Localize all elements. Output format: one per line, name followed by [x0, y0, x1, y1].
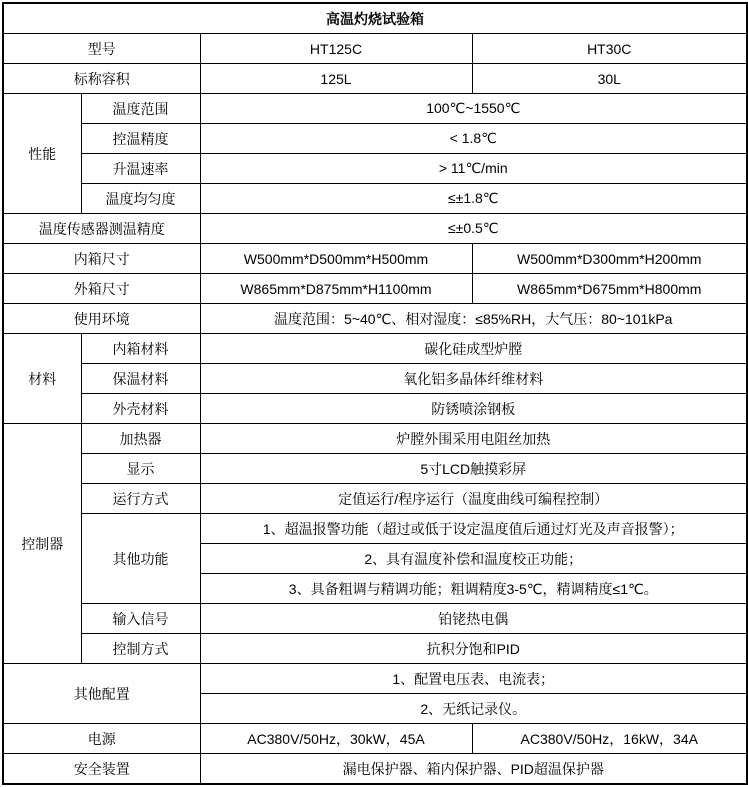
- uniformity-label: 温度均匀度: [81, 184, 200, 214]
- row-other-config-1: 其他配置 1、配置电压表、电流表；: [3, 664, 747, 694]
- inner-size-value-1: W500mm*D500mm*H500mm: [200, 244, 472, 274]
- control-precision-label: 控温精度: [81, 124, 200, 154]
- heating-rate-label: 升温速率: [81, 154, 200, 184]
- performance-group-label: 性能: [3, 94, 81, 214]
- row-input-signal: 输入信号 铂铑热电偶: [3, 604, 747, 634]
- row-shell-material: 外壳材料 防锈喷涂钢板: [3, 394, 747, 424]
- inner-size-value-2: W500mm*D300mm*H200mm: [472, 244, 747, 274]
- capacity-label: 标称容积: [3, 64, 200, 94]
- inner-material-value: 碳化硅成型炉膛: [200, 334, 747, 364]
- row-insulation-material: 保温材料 氧化铝多晶体纤维材料: [3, 364, 747, 394]
- uniformity-value: ≤±1.8℃: [200, 184, 747, 214]
- row-heater: 控制器 加热器 炉膛外围采用电阻丝加热: [3, 424, 747, 454]
- row-display: 显示 5寸LCD触摸彩屏: [3, 454, 747, 484]
- title-row: 高温灼烧试验箱: [3, 3, 747, 34]
- sensor-precision-label: 温度传感器测温精度: [3, 214, 200, 244]
- other-functions-item-3: 3、具备粗调与精调功能；粗调精度3-5℃，精调精度≤1℃。: [200, 574, 747, 604]
- safety-label: 安全装置: [3, 754, 200, 785]
- row-other-functions-1: 其他功能 1、超温报警功能（超过或低于设定温度值后通过灯光及声音报警）；: [3, 514, 747, 544]
- row-heating-rate: 升温速率 > 11℃/min: [3, 154, 747, 184]
- controller-group-label: 控制器: [3, 424, 81, 664]
- power-label: 电源: [3, 724, 200, 754]
- display-value: 5寸LCD触摸彩屏: [200, 454, 747, 484]
- model-value-ht125c: HT125C: [200, 34, 472, 64]
- shell-material-label: 外壳材料: [81, 394, 200, 424]
- row-model: 型号 HT125C HT30C: [3, 34, 747, 64]
- insulation-material-label: 保温材料: [81, 364, 200, 394]
- row-outer-size: 外箱尺寸 W865mm*D875mm*H1100mm W865mm*D675mm…: [3, 274, 747, 304]
- model-value-ht30c: HT30C: [472, 34, 747, 64]
- row-inner-size: 内箱尺寸 W500mm*D500mm*H500mm W500mm*D300mm*…: [3, 244, 747, 274]
- temp-range-value: 100℃~1550℃: [200, 94, 747, 124]
- other-config-label: 其他配置: [3, 664, 200, 724]
- input-signal-label: 输入信号: [81, 604, 200, 634]
- other-functions-item-2: 2、具有温度补偿和温度校正功能；: [200, 544, 747, 574]
- power-value-2: AC380V/50Hz，16kW，34A: [472, 724, 747, 754]
- control-mode-value: 抗积分饱和PID: [200, 634, 747, 664]
- material-group-label: 材料: [3, 334, 81, 424]
- row-uniformity: 温度均匀度 ≤±1.8℃: [3, 184, 747, 214]
- other-functions-item-1: 1、超温报警功能（超过或低于设定温度值后通过灯光及声音报警）；: [200, 514, 747, 544]
- row-temp-range: 性能 温度范围 100℃~1550℃: [3, 94, 747, 124]
- row-safety: 安全装置 漏电保护器、箱内保护器、PID超温保护器: [3, 754, 747, 785]
- outer-size-value-1: W865mm*D875mm*H1100mm: [200, 274, 472, 304]
- insulation-material-value: 氧化铝多晶体纤维材料: [200, 364, 747, 394]
- page-title: 高温灼烧试验箱: [3, 3, 747, 34]
- other-config-item-1: 1、配置电压表、电流表；: [200, 664, 747, 694]
- environment-value: 温度范围：5~40℃、相对湿度：≤85%RH，大气压：80~101kPa: [200, 304, 747, 334]
- capacity-value-1: 125L: [200, 64, 472, 94]
- outer-size-label: 外箱尺寸: [3, 274, 200, 304]
- safety-value: 漏电保护器、箱内保护器、PID超温保护器: [200, 754, 747, 785]
- row-sensor-precision: 温度传感器测温精度 ≤±0.5℃: [3, 214, 747, 244]
- input-signal-value: 铂铑热电偶: [200, 604, 747, 634]
- run-mode-value: 定值运行/程序运行（温度曲线可编程控制）: [200, 484, 747, 514]
- sensor-precision-value: ≤±0.5℃: [200, 214, 747, 244]
- control-precision-value: < 1.8℃: [200, 124, 747, 154]
- row-control-precision: 控温精度 < 1.8℃: [3, 124, 747, 154]
- row-power: 电源 AC380V/50Hz，30kW，45A AC380V/50Hz，16kW…: [3, 724, 747, 754]
- row-environment: 使用环境 温度范围：5~40℃、相对湿度：≤85%RH，大气压：80~101kP…: [3, 304, 747, 334]
- environment-label: 使用环境: [3, 304, 200, 334]
- display-label: 显示: [81, 454, 200, 484]
- inner-material-label: 内箱材料: [81, 334, 200, 364]
- heater-label: 加热器: [81, 424, 200, 454]
- inner-size-label: 内箱尺寸: [3, 244, 200, 274]
- other-config-item-2: 2、无纸记录仪。: [200, 694, 747, 724]
- outer-size-value-2: W865mm*D675mm*H800mm: [472, 274, 747, 304]
- power-value-1: AC380V/50Hz，30kW，45A: [200, 724, 472, 754]
- row-capacity: 标称容积 125L 30L: [3, 64, 747, 94]
- capacity-value-2: 30L: [472, 64, 747, 94]
- model-label: 型号: [3, 34, 200, 64]
- heater-value: 炉膛外围采用电阻丝加热: [200, 424, 747, 454]
- shell-material-value: 防锈喷涂钢板: [200, 394, 747, 424]
- other-functions-label: 其他功能: [81, 514, 200, 604]
- heating-rate-value: > 11℃/min: [200, 154, 747, 184]
- row-control-mode: 控制方式 抗积分饱和PID: [3, 634, 747, 664]
- row-run-mode: 运行方式 定值运行/程序运行（温度曲线可编程控制）: [3, 484, 747, 514]
- spec-table: 高温灼烧试验箱 型号 HT125C HT30C 标称容积 125L 30L 性能…: [2, 2, 748, 785]
- row-inner-material: 材料 内箱材料 碳化硅成型炉膛: [3, 334, 747, 364]
- temp-range-label: 温度范围: [81, 94, 200, 124]
- control-mode-label: 控制方式: [81, 634, 200, 664]
- run-mode-label: 运行方式: [81, 484, 200, 514]
